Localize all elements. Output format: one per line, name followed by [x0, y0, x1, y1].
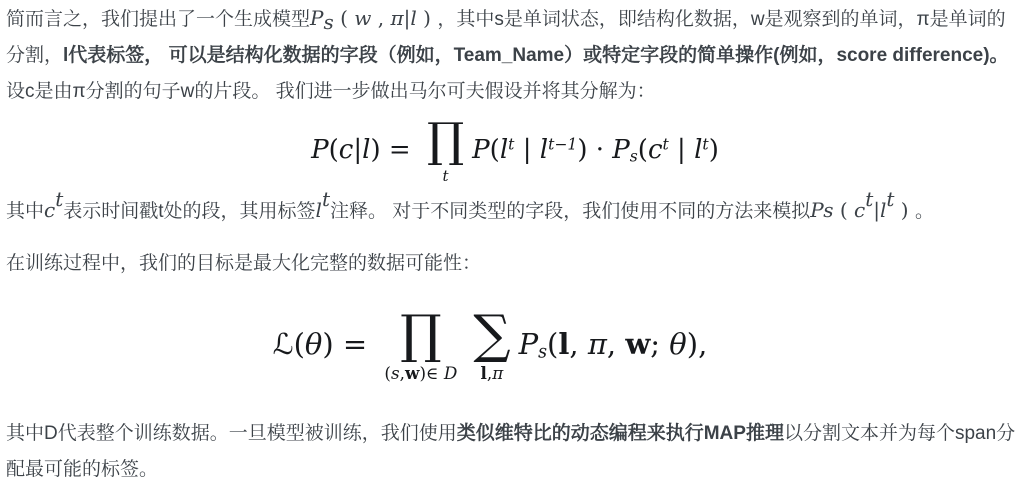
formula-markov-content: P(c|l) = ∏tP(lt | lt−1) · Ps(ct | lt): [311, 118, 719, 184]
paragraph-map-inference: 其中D代表整个训练数据。一旦模型被训练，我们使用类似维特比的动态编程来执行MAP…: [6, 416, 1024, 488]
paragraph-training-objective: 在训练过程中，我们的目标是最大化完整的数据可能性：: [6, 246, 1024, 282]
paragraph-model-intro: 简而言之，我们提出了一个生成模型Ps ( w , π|l ) ，其中s是单词状态…: [6, 0, 1024, 110]
formula-data-likelihood: ℒ(θ) = ∏(s,w)∈ D∑l,πPs(l, π, w; θ),: [6, 282, 1024, 410]
paragraph-segment-notation: 其中ct表示时间戳t处的段，其用标签lt注释。 对于不同类型的字段，我们使用不同…: [6, 192, 1024, 230]
formula-markov-factorization: P(c|l) = ∏tP(lt | lt−1) · Ps(ct | lt): [6, 110, 1024, 192]
article-content: 简而言之，我们提出了一个生成模型Ps ( w , π|l ) ，其中s是单词状态…: [0, 0, 1030, 488]
formula-likelihood-content: ℒ(θ) = ∏(s,w)∈ D∑l,πPs(l, π, w; θ),: [273, 309, 708, 383]
